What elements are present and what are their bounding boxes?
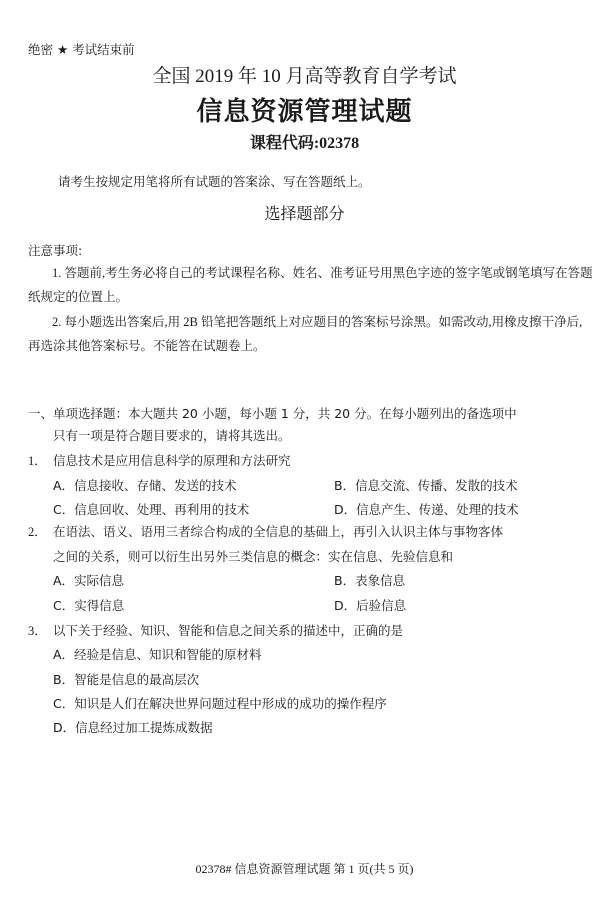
option-c: C．知识是人们在解决世界问题过程中形成的成功的操作程序	[53, 694, 387, 712]
option-b: B．智能是信息的最高层次	[53, 670, 199, 688]
question-number: 2．	[28, 522, 47, 540]
answer-instruction: 请考生按规定用笔将所有试题的答案涂、写在答题纸上。	[58, 172, 371, 190]
secret-mark: 绝密 ★ 考试结束前	[28, 40, 135, 58]
course-code: 课程代码:02378	[0, 130, 609, 153]
question-number: 1．	[28, 451, 47, 469]
option-a: A．信息接收、存储、发送的技术	[53, 476, 237, 494]
question-text: 以下关于经验、知识、智能和信息之间关系的描述中，正确的是	[53, 621, 403, 639]
option-d: D．后验信息	[334, 596, 406, 614]
question-text-line1: 在语法、语义、语用三者综合构成的全信息的基础上，再引入认识主体与事物客体	[53, 522, 503, 540]
exam-title: 全国 2019 年 10 月高等教育自学考试	[0, 61, 609, 88]
option-c: C．实得信息	[53, 596, 124, 614]
page-footer: 02378# 信息资源管理试题 第 1 页(共 5 页)	[0, 860, 609, 877]
notice-item-1: 1. 答题前,考生务必将自己的考试课程名称、姓名、准考证号用黑色字迹的签字笔或钢…	[28, 261, 593, 309]
notice-item-2: 2. 每小题选出答案后,用 2B 铅笔把答题纸上对应题目的答案标号涂黑。如需改动…	[28, 310, 593, 358]
section-heading-line2: 只有一项是符合题目要求的，请将其选出。	[53, 426, 291, 444]
option-d: D．信息经过加工提炼成数据	[53, 718, 213, 736]
part-title: 选择题部分	[0, 201, 609, 224]
option-c: C．信息回收、处理、再利用的技术	[53, 500, 249, 518]
question-text-line2: 之间的关系，则可以衍生出另外三类信息的概念：实在信息、先验信息和	[53, 547, 453, 565]
section-heading-line1: 一、单项选择题：本大题共 20 小题，每小题 1 分，共 20 分。在每小题列出…	[28, 402, 517, 426]
notice-heading: 注意事项:	[28, 241, 82, 259]
subject-title: 信息资源管理试题	[0, 91, 609, 128]
option-a: A．实际信息	[53, 571, 124, 589]
option-b: B．表象信息	[334, 571, 405, 589]
question-text: 信息技术是应用信息科学的原理和方法研究	[53, 451, 291, 469]
option-d: D．信息产生、传递、处理的技术	[334, 500, 519, 518]
question-number: 3．	[28, 621, 47, 639]
option-b: B．信息交流、传播、发散的技术	[334, 476, 518, 494]
option-a: A．经验是信息、知识和智能的原材料	[53, 645, 262, 663]
